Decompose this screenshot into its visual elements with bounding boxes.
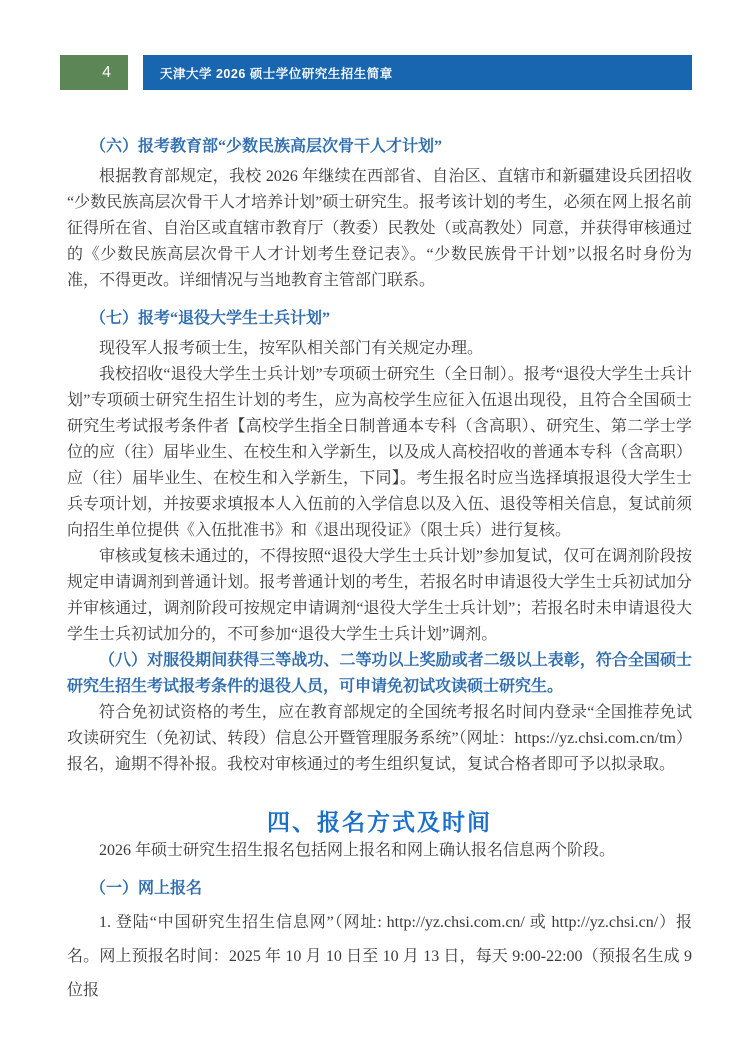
exemption-paragraph: 符合免初试资格的考生，应在教育部规定的全国统考报名时间内登录“全国推荐免试攻读研… <box>67 700 692 778</box>
online-registration-heading: （一）网上报名 <box>67 876 692 902</box>
page-number-badge: 4 <box>60 55 128 90</box>
online-registration-paragraph: 1. 登陆“中国研究生招生信息网”（网址: http://yz.chsi.com… <box>67 906 692 1008</box>
section-minority-paragraph: 根据教育部规定，我校 2026 年继续在西部省、自治区、直辖市和新疆建设兵团招收… <box>67 164 692 294</box>
section-exemption-heading: （八）对服役期间获得三等战功、二等功以上奖励或者二级以上表彰，符合全国硕士研究生… <box>67 648 692 700</box>
veterans-paragraph-1: 现役军人报考硕士生，按军队相关部门有关规定办理。 <box>67 336 692 362</box>
chapter-intro-paragraph: 2026 年硕士研究生招生报名包括网上报名和网上确认报名信息两个阶段。 <box>67 838 692 864</box>
document-body: （六）报考教育部“少数民族高层次骨干人才计划” 根据教育部规定，我校 2026 … <box>67 134 692 1008</box>
chapter-heading: 四、报名方式及时间 <box>67 806 692 838</box>
document-page: 4 天津大学 2026 硕士学位研究生招生简章 （六）报考教育部“少数民族高层次… <box>0 0 750 1060</box>
veterans-paragraph-3: 审核或复核未通过的，不得按照“退役大学生士兵计划”参加复试，仅可在调剂阶段按规定… <box>67 544 692 648</box>
section-minority-heading: （六）报考教育部“少数民族高层次骨干人才计划” <box>67 134 692 160</box>
section-veterans-heading: （七）报考“退役大学生士兵计划” <box>67 306 692 332</box>
veterans-paragraph-2: 我校招收“退役大学生士兵计划”专项硕士研究生（全日制）。报考“退役大学生士兵计划… <box>67 362 692 544</box>
page-header: 4 天津大学 2026 硕士学位研究生招生简章 <box>60 55 692 90</box>
header-title-bar: 天津大学 2026 硕士学位研究生招生简章 <box>143 55 692 90</box>
